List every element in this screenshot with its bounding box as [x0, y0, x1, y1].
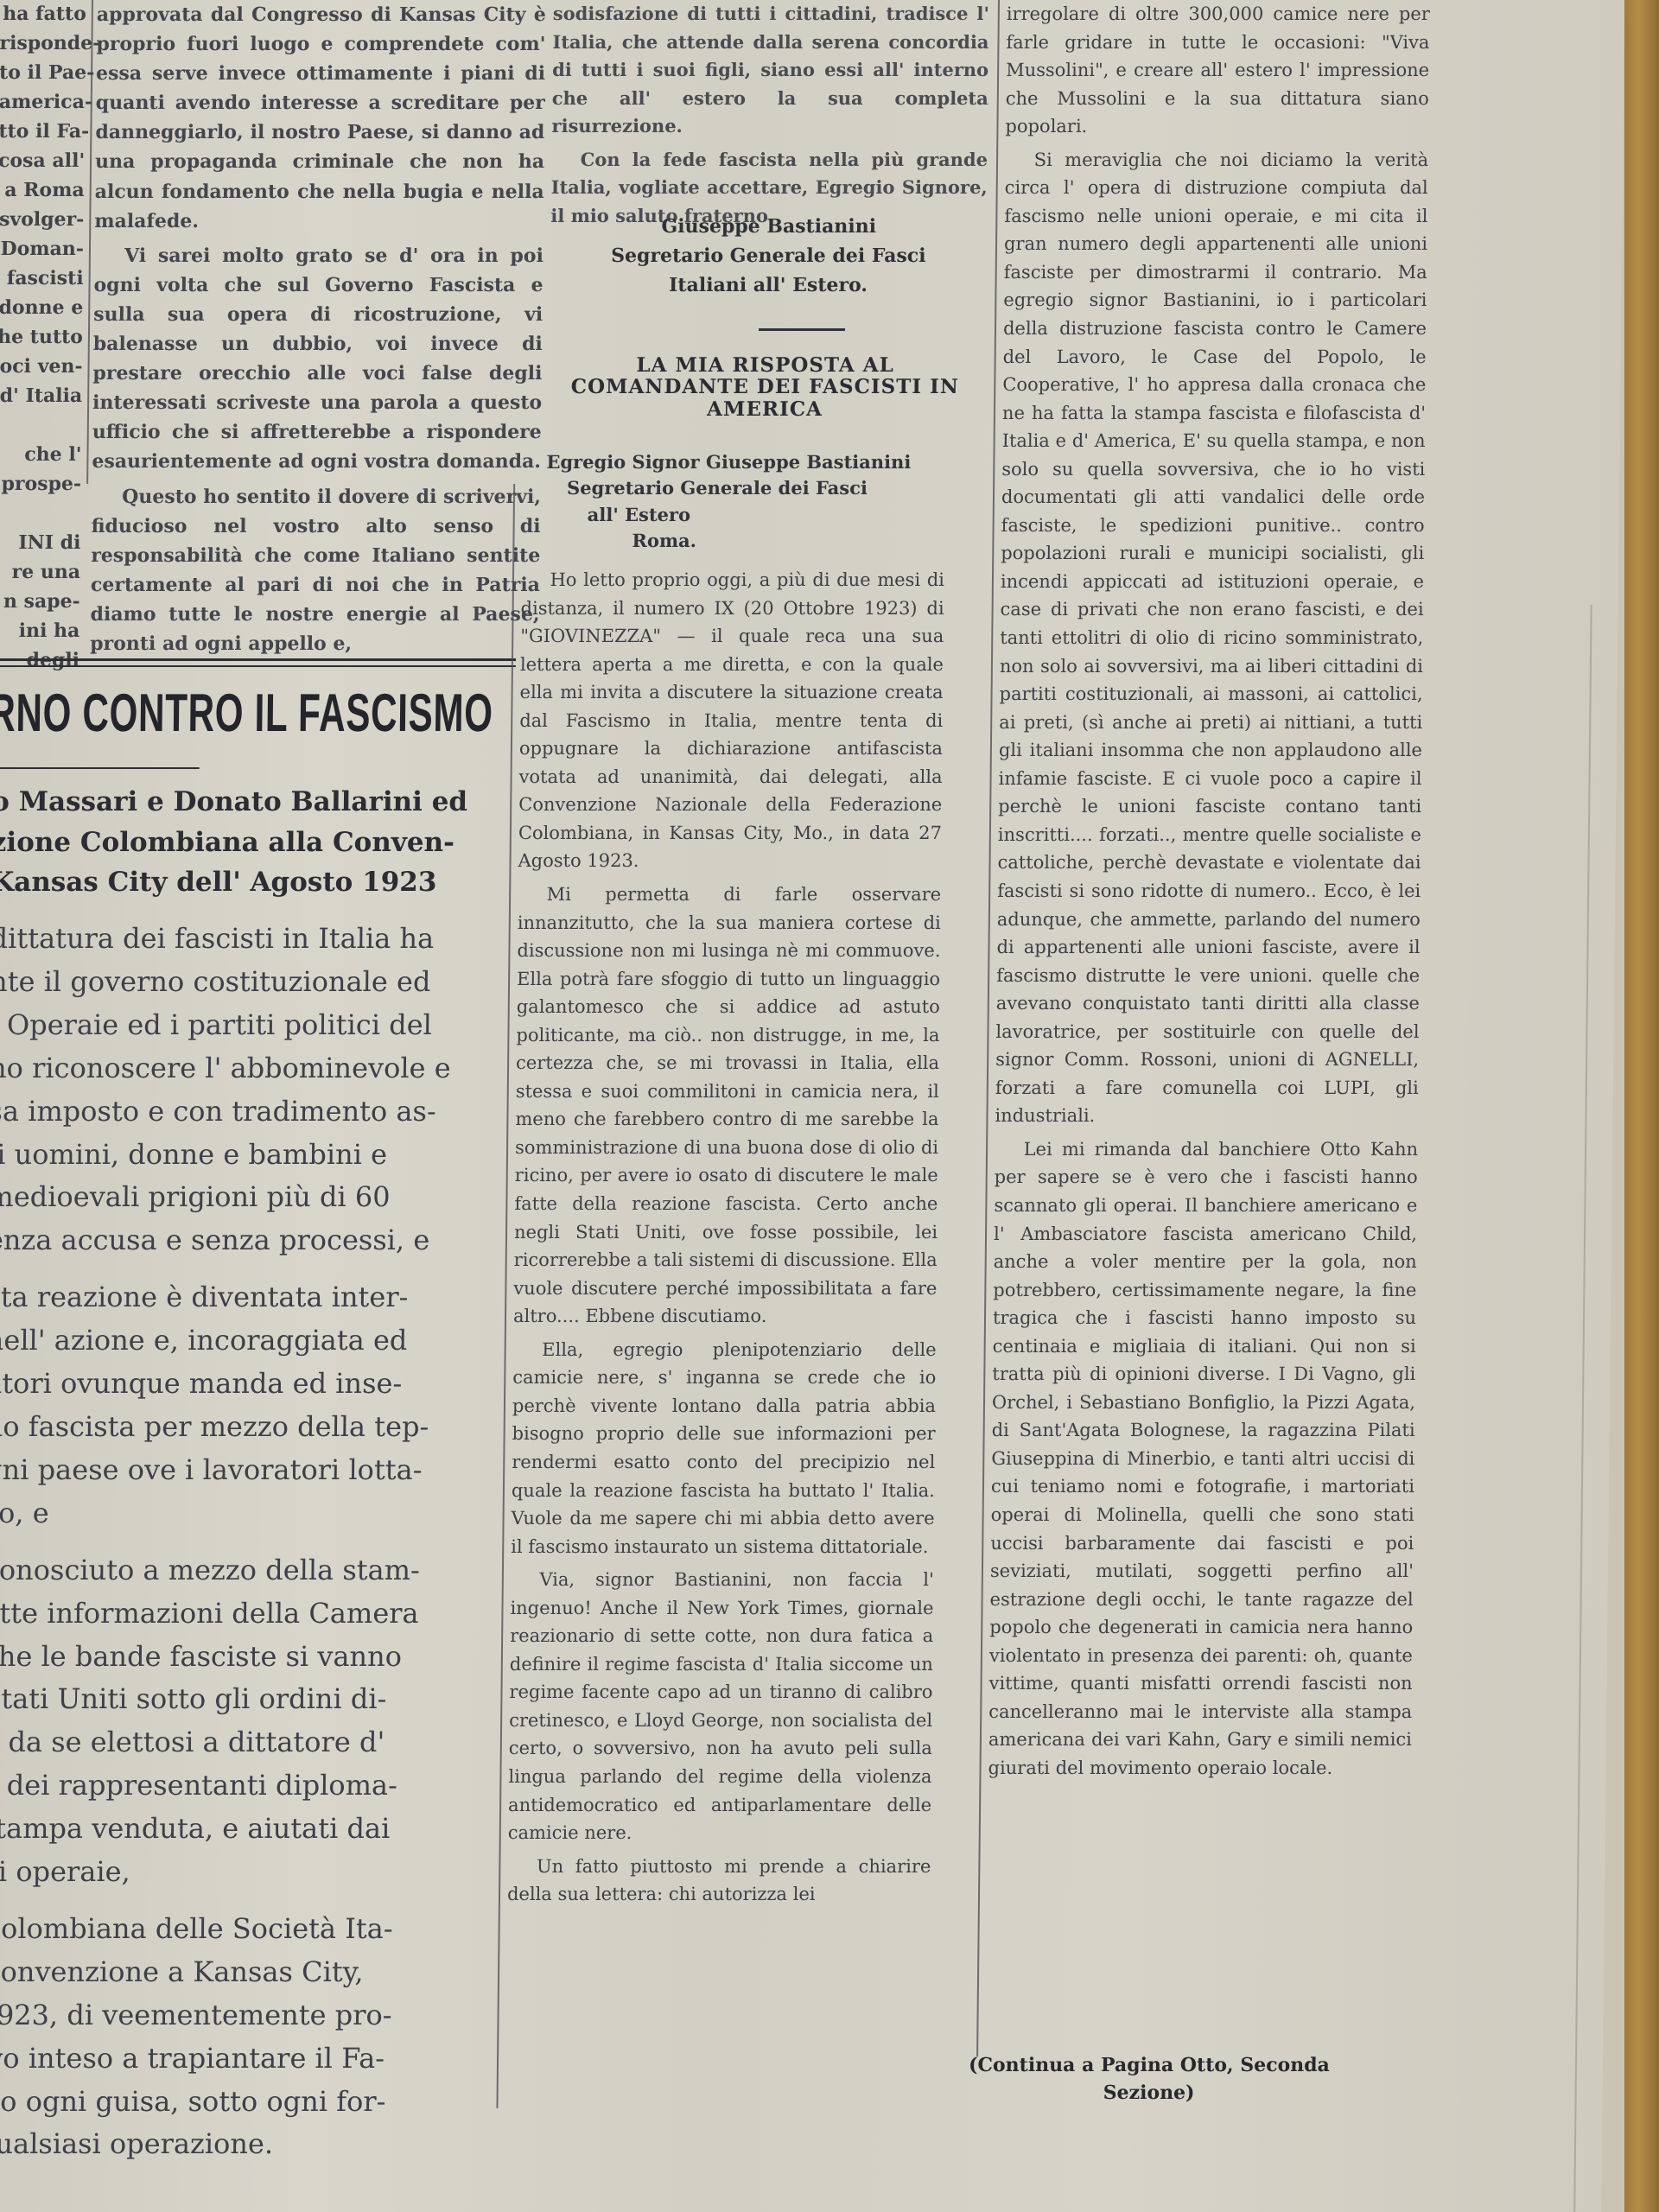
text-line: conosciuto a mezzo della stam- [0, 1549, 493, 1592]
reply-article-body: Ho letto proprio oggi, a più di due mesi… [507, 566, 944, 1914]
text-line: ivo inteso a trapiantare il Fa- [0, 2037, 488, 2081]
text-line: degli [0, 646, 79, 676]
reply-article-title: LA MIA RISPOSTA AL COMANDANTE DEI FASCIS… [549, 354, 982, 420]
letter-paragraph: sodisfazione di tutti i cittadini, tradi… [551, 0, 989, 141]
text-line: d' Italia [0, 382, 82, 411]
text-line: so, e [0, 1492, 494, 1535]
letter-paragraph: Questo ho sentito il dovere di scrivervi… [90, 482, 541, 659]
address-line: Segretario Generale dei Fasci [546, 475, 978, 501]
text-line: nte il governo costituzionale ed [0, 961, 499, 1004]
middle-column-top: sodisfazione di tutti i cittadini, tradi… [550, 0, 989, 235]
text-line: stampa venduta, e aiutati dai [0, 1808, 491, 1851]
main-subhead: o Massari e Donato Ballarini edzione Col… [0, 782, 511, 903]
text-line: Stati Uniti sotto gli ordini di- [0, 1678, 493, 1721]
newspaper-page: ha fattorisponde-to il Pae-america-tto i… [0, 0, 1624, 2212]
headline-rule-thin [0, 665, 516, 667]
text-line: cosa all' [0, 147, 85, 176]
text-line: che l' [0, 441, 82, 470]
signature-name: Giuseppe Bastianini [550, 212, 987, 241]
address-line: all' Estero [546, 502, 978, 528]
article-paragraph: Un fatto piuttosto mi prende a chiarire … [507, 1853, 931, 1909]
text-line: atori ovunque manda ed inse- [0, 1363, 495, 1406]
text-line: nell' azione e, incoraggiata ed [0, 1319, 496, 1363]
main-headline: RNO CONTRO IL FASCISMO [0, 683, 348, 744]
signature-title: Segretario Generale dei Fasci [550, 241, 987, 270]
text-line: medioevali prigioni più di 60 [0, 1176, 498, 1219]
text-line: sa imposto e con tradimento as- [0, 1090, 499, 1134]
text-line: svolger- [0, 206, 85, 235]
text-line: he tutto [0, 323, 83, 353]
text-line: li uomini, donne e bambini e [0, 1134, 498, 1177]
subhead-rule [0, 767, 200, 769]
text-line: donne e [0, 294, 83, 323]
signature-block: Giuseppe Bastianini Segretario Generale … [550, 212, 987, 300]
text-line: Colombiana delle Società Ita- [0, 1908, 490, 1951]
text-line [0, 1535, 493, 1549]
continuation-note: (Continua a Pagina Otto, Seconda Sezione… [945, 2052, 1352, 2107]
text-line: re una [0, 558, 80, 588]
text-line: che le bande fasciste si vanno [0, 1636, 493, 1679]
text-line: Kansas City dell' Agosto 1923 [0, 862, 510, 903]
text-line: Doman- [0, 235, 84, 264]
text-line: prospe- [0, 470, 81, 499]
text-line: ni operaie, [0, 1851, 491, 1894]
letter-paragraph: approvata dal Congresso di Kansas City è… [94, 0, 546, 236]
text-line: zione Colombiana alla Conven- [0, 823, 510, 863]
text-line: sta reazione è diventata inter- [0, 1276, 497, 1319]
text-line: qualsiasi operazione. [0, 2123, 487, 2166]
text-line: america- [0, 88, 86, 118]
text-line: no fascista per mezzo della tep- [0, 1406, 495, 1449]
letter-column: approvata dal Congresso di Kansas City è… [90, 0, 546, 664]
text-line: ini ha [0, 617, 80, 646]
text-line [0, 499, 81, 529]
article-paragraph: Via, signor Bastianini, non faccia l' in… [508, 1566, 934, 1847]
letter-paragraph: Vi sarei molto grato se d' ora in poi og… [92, 241, 543, 477]
article-paragraph: irregolare di oltre 300,000 camice nere … [1005, 0, 1430, 141]
text-line: i Operaie ed i partiti politici del [0, 1004, 499, 1047]
text-line [0, 1262, 497, 1276]
main-article-body: dittatura dei fascisti in Italia hante i… [0, 918, 500, 2166]
signature-title: Italiani all' Estero. [550, 270, 986, 300]
article-paragraph: Ella, egregio plenipotenziario delle cam… [511, 1336, 937, 1560]
text-line: o Massari e Donato Ballarini ed [0, 782, 511, 823]
address-line: Egregio Signor Giuseppe Bastianini [546, 449, 978, 475]
text-line: fascisti [0, 264, 84, 294]
text-line: risponde- [0, 29, 86, 59]
text-line: i, da se elettosi a dittatore d' [0, 1721, 492, 1764]
article-paragraph: Mi permetta di farle osservare innanzitu… [513, 880, 941, 1331]
right-column: irregolare di oltre 300,000 camice nere … [988, 0, 1430, 1787]
text-line: INI di [0, 529, 81, 558]
left-fragment-column: ha fattorisponde-to il Pae-america-tto i… [0, 0, 86, 676]
text-line [0, 1894, 490, 1908]
text-line: o dei rappresentanti diploma- [0, 1764, 492, 1808]
text-line: a Roma [0, 176, 85, 206]
text-line: to il Pae- [0, 59, 86, 88]
text-line: Convenzione a Kansas City, [0, 1951, 489, 1994]
text-line [0, 411, 82, 441]
text-line: no riconoscere l' abbominevole e [0, 1047, 499, 1090]
text-line: enza accusa e senza processi, e [0, 1219, 497, 1262]
headline-rule [0, 658, 516, 661]
article-paragraph: Si meraviglia che noi diciamo la verità … [995, 146, 1428, 1130]
wooden-frame-edge [1624, 0, 1659, 2212]
text-line: n sape- [0, 588, 80, 617]
address-line: Roma. [545, 528, 977, 554]
text-line: ette informazioni della Camera [0, 1592, 493, 1636]
text-line: gni paese ove i lavoratori lotta- [0, 1449, 494, 1492]
text-line: ha fatto [0, 0, 86, 29]
article-paragraph: Ho letto proprio oggi, a più di due mesi… [518, 566, 944, 875]
text-line: tto il Fa- [0, 118, 86, 147]
article-paragraph: Lei mi rimanda dal banchiere Otto Kahn p… [988, 1135, 1418, 1783]
text-line: 1923, di veementemente pro- [0, 1994, 489, 2037]
text-line: tto ogni guisa, sotto ogni for- [0, 2081, 488, 2124]
text-line: dittatura dei fascisti in Italia ha [0, 918, 500, 961]
reply-address-block: Egregio Signor Giuseppe Bastianini Segre… [545, 449, 978, 555]
section-divider [759, 328, 845, 331]
text-line: oci ven- [0, 353, 83, 382]
